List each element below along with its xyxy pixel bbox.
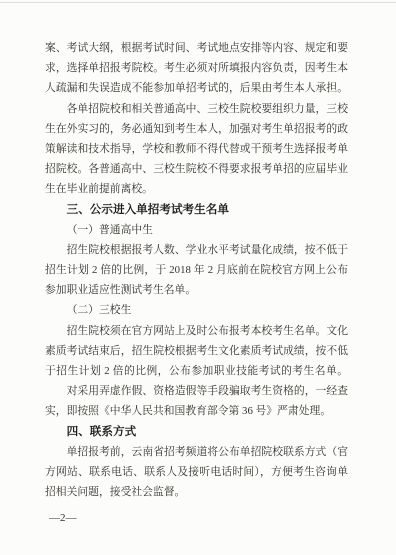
body-line: 人疏漏和失误造成不能参加单招考试的，后果由考生本人承担。 — [45, 78, 348, 98]
body-line: 生在外实习的，务必通知到考生本人，加强对考生单招报考的政 — [45, 119, 348, 139]
body-line: 于招生计划 2 倍的比例，公布参加职业技能考试的考生名单。 — [45, 361, 348, 381]
body-line: 策解读和技术指导，学校和教师不得代替或干预考生选择报考单 — [45, 139, 348, 159]
body-line: 素质考试结束后，招生院校根据考生文化素质考试成绩，按不低 — [45, 341, 348, 361]
body-line: 参加职业适应性测试考生名单。 — [45, 280, 348, 300]
page-number: —2— — [49, 512, 77, 524]
body-line: 招生院校根据报考人数、学业水平考试量化成绩，按不低于 — [45, 240, 348, 260]
body-line: 实，即按照《中华人民共和国教育部令第 36 号》严肃处理。 — [45, 401, 348, 421]
body-line: 招相关问题，接受社会监督。 — [45, 482, 348, 502]
body-line: 各单招院校和相关普通高中、三校生院校要组织力量，三校 — [45, 99, 348, 119]
body-line: 对采用弄虚作假、资格造假等手段骗取考生资格的，一经查 — [45, 381, 348, 401]
body-line: 招院校。各普通高中、三校生院校不得要求报考单招的应届毕业 — [45, 159, 348, 179]
text-column: 案、考试大纲，根据考试时间、考试地点安排等内容、规定和要 求，选择单招报考院校。… — [45, 38, 348, 502]
body-line: 方网站、联系电话、联系人及接听电话时间），方便考生咨询单 — [45, 462, 348, 482]
scan-edge-line — [0, 2, 396, 3]
body-line: 案、考试大纲，根据考试时间、考试地点安排等内容、规定和要 — [45, 38, 348, 58]
section-heading: 四、联系方式 — [45, 422, 348, 442]
body-line: 生在毕业前提前离校。 — [45, 179, 348, 199]
body-line: 单招报考前，云南省招考频道将公布单招院校联系方式（官 — [45, 442, 348, 462]
sub-section-heading: （一）普通高中生 — [45, 220, 348, 240]
section-heading: 三、公示进入单招考试考生名单 — [45, 200, 348, 220]
body-line: 求，选择单招报考院校。考生必须对所填报内容负责，因考生本 — [45, 58, 348, 78]
document-page: 案、考试大纲，根据考试时间、考试地点安排等内容、规定和要 求，选择单招报考院校。… — [0, 0, 396, 555]
sub-section-heading: （二）三校生 — [45, 300, 348, 320]
body-line: 招生计划 2 倍的比例，于 2018 年 2 月底前在院校官方网上公布 — [45, 260, 348, 280]
body-line: 招生院校须在官方网站上及时公布报考本校考生名单。文化 — [45, 321, 348, 341]
